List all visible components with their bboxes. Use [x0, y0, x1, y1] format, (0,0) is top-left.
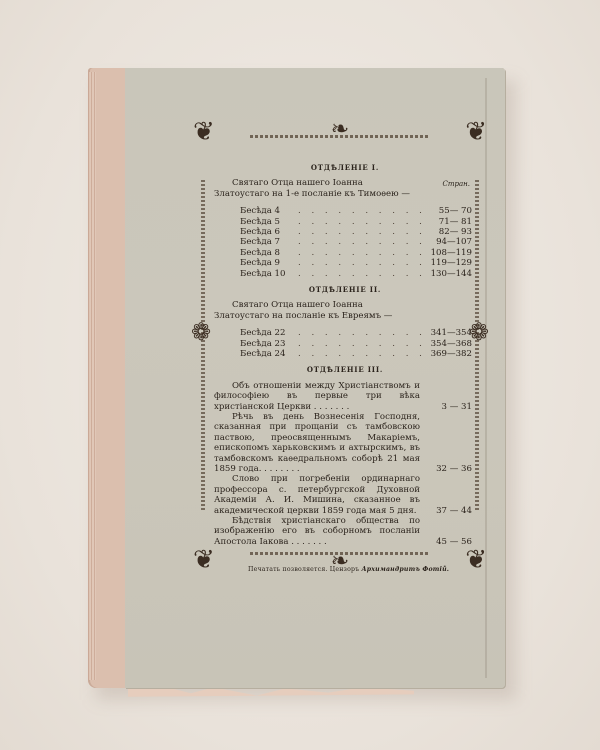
entry-pages: 108—119 [428, 248, 476, 258]
entry-pages: 94—107 [428, 237, 476, 247]
leader-dots: . . . . . . . . . . . . . [298, 269, 428, 279]
toc-entry: Бесѣда 22. . . . . . . . . . . . .341—35… [240, 328, 476, 338]
toc-entry: Бесѣда 4. . . . . . . . . . . . .55— 70 [240, 206, 476, 216]
toc-article: Слово при погребеніи ординарнаго професс… [214, 474, 476, 516]
entry-pages: 119—129 [428, 258, 476, 268]
entry-name: Бесѣда 10 [240, 269, 298, 279]
section-title: ОТДѢЛЕНІЕ III. [214, 365, 476, 375]
article-title: Рѣчь въ день Вознесенія Господня, сказан… [214, 412, 428, 474]
entry-list: Бесѣда 22. . . . . . . . . . . . .341—35… [240, 328, 476, 359]
article-pages: 45 — 56 [428, 537, 476, 547]
entry-pages: 354—368 [428, 339, 476, 349]
leader-dots: . . . . . . . . . . . . . [298, 206, 428, 216]
toc-entry: Бесѣда 7. . . . . . . . . . . . .94—107 [240, 237, 476, 247]
page-edges [88, 72, 96, 680]
entry-name: Бесѣда 7 [240, 237, 298, 247]
floral-corner-icon: ❦ [193, 547, 215, 573]
entry-pages: 71— 81 [428, 217, 476, 227]
entry-name: Бесѣда 24 [240, 349, 298, 359]
section-title: ОТДѢЛЕНІЕ I. [214, 163, 476, 173]
entry-name: Бесѣда 9 [240, 258, 298, 268]
entry-name: Бесѣда 6 [240, 227, 298, 237]
floral-corner-icon: ❦ [465, 119, 487, 145]
entry-name: Бесѣда 5 [240, 217, 298, 227]
section-title: ОТДѢЛЕНІЕ II. [214, 285, 476, 295]
article-title: Объ отношеніи между Христіанствомъ и фил… [214, 381, 428, 412]
entry-list: Бесѣда 4. . . . . . . . . . . . .55— 70 … [240, 206, 476, 279]
leader-dots: . . . . . . . . . . . . . [298, 217, 428, 227]
section-intro: Святаго Отца нашего Іоанна Златоустаго н… [214, 300, 476, 321]
leader-dots: . . . . . . . . . . . . . [298, 248, 428, 258]
toc-entry: Бесѣда 6. . . . . . . . . . . . .82— 93 [240, 227, 476, 237]
cover-crease [485, 78, 487, 678]
article-title: Бѣдствія христіанскаго общества по изобр… [214, 516, 428, 547]
entry-pages: 82— 93 [428, 227, 476, 237]
article-pages: 3 — 31 [428, 402, 476, 412]
censor-name: Архимандритъ Фотій. [362, 566, 450, 573]
leader-dots: . . . . . . . . . . . . . [298, 227, 428, 237]
toc-article: Рѣчь въ день Вознесенія Господня, сказан… [214, 412, 476, 474]
entry-pages: 369—382 [428, 349, 476, 359]
article-pages: 37 — 44 [428, 506, 476, 516]
toc-entry: Бесѣда 10. . . . . . . . . . . . .130—14… [240, 269, 476, 279]
entry-name: Бесѣда 22 [240, 328, 298, 338]
imprimatur-text: Печатать позволяется. Цензоръ [248, 566, 359, 573]
entry-name: Бесѣда 8 [240, 248, 298, 258]
intro-text: Святаго Отца нашего Іоанна Златоустаго н… [214, 178, 410, 198]
entry-name: Бесѣда 4 [240, 206, 298, 216]
leader-dots: . . . . . . . . . . . . . [298, 258, 428, 268]
entry-name: Бесѣда 23 [240, 339, 298, 349]
censorship-imprimatur: Печатать позволяется. Цензоръ Архимандри… [248, 566, 488, 573]
entry-pages: 130—144 [428, 269, 476, 279]
floral-corner-icon: ❦ [193, 119, 215, 145]
intro-text: Святаго Отца нашего Іоанна Златоустаго н… [214, 300, 392, 320]
pages-column-label: Стран. [425, 179, 470, 189]
toc-entry: Бесѣда 9. . . . . . . . . . . . .119—129 [240, 258, 476, 268]
leader-dots: . . . . . . . . . . . . . [298, 328, 428, 338]
toc-article: Объ отношеніи между Христіанствомъ и фил… [214, 381, 476, 412]
leader-dots: . . . . . . . . . . . . . [298, 349, 428, 359]
table-of-contents: ОТДѢЛЕНІЕ I. Святаго Отца нашего Іоанна … [214, 163, 476, 547]
article-title: Слово при погребеніи ординарнаго професс… [214, 474, 428, 516]
article-pages: 32 — 36 [428, 464, 476, 474]
section-2: ОТДѢЛЕНІЕ II. Святаго Отца нашего Іоанна… [214, 285, 476, 359]
toc-entry: Бесѣда 24. . . . . . . . . . . . .369—38… [240, 349, 476, 359]
section-intro: Святаго Отца нашего Іоанна Златоустаго н… [214, 178, 476, 199]
toc-entry: Бесѣда 5. . . . . . . . . . . . .71— 81 [240, 217, 476, 227]
entry-pages: 341—354 [428, 328, 476, 338]
toc-entry: Бесѣда 23. . . . . . . . . . . . .354—36… [240, 339, 476, 349]
entry-pages: 55— 70 [428, 206, 476, 216]
leader-dots: . . . . . . . . . . . . . [298, 339, 428, 349]
side-flourish-icon: ❁ [191, 320, 211, 344]
section-1: ОТДѢЛЕНІЕ I. Святаго Отца нашего Іоанна … [214, 163, 476, 279]
leader-dots: . . . . . . . . . . . . . [298, 237, 428, 247]
toc-entry: Бесѣда 8. . . . . . . . . . . . .108—119 [240, 248, 476, 258]
section-3: ОТДѢЛЕНІЕ III. Объ отношеніи между Христ… [214, 365, 476, 547]
toc-article: Бѣдствія христіанскаго общества по изобр… [214, 516, 476, 547]
scroll-center-icon: ❧ [331, 119, 349, 141]
